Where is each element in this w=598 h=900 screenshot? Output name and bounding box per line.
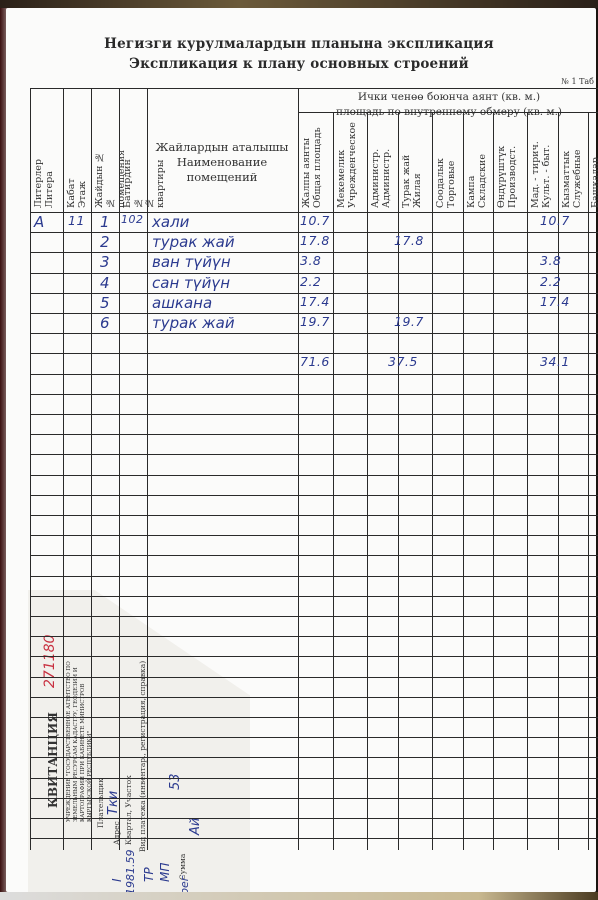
grid-vline <box>91 88 92 850</box>
receipt-block-label: Квартал, Участок <box>124 775 133 845</box>
grid-hline <box>30 838 598 839</box>
grid-hline <box>30 596 598 597</box>
title-russian: Экспликация к плану основных строений <box>0 56 598 72</box>
total-service: 34.1 <box>540 354 570 369</box>
grid-hline <box>30 717 598 718</box>
cell-floor: 11 <box>68 213 85 228</box>
grid-hline <box>30 475 598 476</box>
cell-service: 3.8 <box>540 253 561 268</box>
cell-name: турак жай <box>152 314 235 332</box>
grid-hline <box>30 535 598 536</box>
grid-vline <box>367 112 368 850</box>
header-litera: Литерлер Литера <box>33 150 55 208</box>
table-number: № 1 Таб <box>561 77 594 86</box>
cell-total: 2.2 <box>300 274 321 289</box>
photo-background-bottom <box>0 892 598 900</box>
cell-apt-no: 102 <box>121 213 144 226</box>
grid-vline <box>588 112 589 850</box>
header-total: Жалпы аянты Общая площадь <box>301 118 323 208</box>
header-service: Кызматтык Служебные <box>561 118 583 208</box>
header-other: Башкалар <box>590 118 598 208</box>
cell-room-no: 2 <box>100 233 110 251</box>
cell-room-no: 5 <box>100 294 110 312</box>
header-storage: Кампа Складские <box>466 118 488 208</box>
receipt-margin-note-2: 1981.59 <box>124 850 137 896</box>
grid-hline <box>30 798 598 799</box>
grid-hline <box>30 394 598 395</box>
cell-litera: А <box>34 213 44 231</box>
grid-hline <box>30 515 598 516</box>
grid-vline <box>493 112 494 850</box>
cell-service: 10.7 <box>540 213 570 228</box>
total-total: 71.6 <box>300 354 330 369</box>
header-production: Өндүрүштүк Производст. <box>496 118 518 208</box>
header-admin: Администр. Администр. <box>370 118 392 208</box>
cell-total: 17.8 <box>300 233 330 248</box>
header-area-group: Ички ченөө боюнча аянт (кв. м.) площадь … <box>300 90 598 120</box>
receipt-title: КВИТАНЦИЯ <box>46 712 60 808</box>
header-room-name: Жайлардын аталышы Наименование помещений <box>147 140 297 185</box>
grid-hline <box>30 88 598 89</box>
photo-background-top <box>0 0 598 8</box>
grid-hline <box>30 656 598 657</box>
cell-total: 10.7 <box>300 213 330 228</box>
cell-room-no: 6 <box>100 314 110 332</box>
grid-vline <box>333 112 334 850</box>
grid-hline <box>30 636 598 637</box>
cell-name: турак жай <box>152 233 235 251</box>
cell-total: 17.4 <box>300 294 330 309</box>
cell-service: 17.4 <box>540 294 570 309</box>
receipt-margin-note-3: ТР <box>142 867 156 882</box>
cell-service: 2.2 <box>540 274 561 289</box>
title-kyrgyz: Негизги курулмалардын планына экспликаци… <box>0 36 598 52</box>
header-residential: Турак жай Жилая <box>401 118 423 208</box>
cell-name: ван түйүн <box>152 253 231 271</box>
grid-vline <box>30 88 31 850</box>
cell-name: сан түйүн <box>152 274 230 292</box>
receipt-sum-value: Ай <box>188 818 203 835</box>
grid-hline <box>30 454 598 455</box>
grid-hline <box>30 414 598 415</box>
receipt-payer-label: Плательщик <box>96 778 105 828</box>
grid-hline <box>30 818 598 819</box>
grid-vline <box>298 88 299 850</box>
grid-hline <box>30 778 598 779</box>
header-cultural: Мад. - тирич. Культ. - быт. <box>530 118 552 208</box>
grid-hline <box>298 112 598 113</box>
cell-residential: 19.7 <box>394 314 424 329</box>
cell-residential: 17.8 <box>394 233 424 248</box>
grid-hline <box>30 677 598 678</box>
grid-vline <box>463 112 464 850</box>
header-floor: Кабат Этаж <box>66 150 88 208</box>
grid-hline <box>30 434 598 435</box>
grid-hline <box>30 697 598 698</box>
cell-total: 19.7 <box>300 314 330 329</box>
cell-room-no: 1 <box>100 213 110 231</box>
grid-hline <box>30 333 598 334</box>
cell-name: хали <box>152 213 189 231</box>
grid-vline <box>432 112 433 850</box>
grid-hline <box>30 616 598 617</box>
cell-total: 3.8 <box>300 253 321 268</box>
grid-hline <box>30 757 598 758</box>
grid-vline <box>527 112 528 850</box>
receipt-margin-note-1: I <box>110 878 124 882</box>
grid-hline <box>30 555 598 556</box>
cell-room-no: 3 <box>100 253 110 271</box>
cell-name: ашкана <box>152 294 212 312</box>
cell-room-no: 4 <box>100 274 110 292</box>
receipt-margin-note-4: МП <box>158 863 172 882</box>
grid-vline <box>398 112 399 850</box>
grid-hline <box>30 495 598 496</box>
header-trade: Соодалык Торговые <box>435 118 457 208</box>
grid-hline <box>30 737 598 738</box>
receipt-payment-type-value: 53 <box>168 773 183 790</box>
grid-vline <box>63 88 64 850</box>
receipt-number: 271180 <box>42 635 58 688</box>
grid-hline <box>30 576 598 577</box>
header-apt_no: Батирдин № № квартиры <box>122 150 166 208</box>
total-residential: 37.5 <box>388 354 418 369</box>
header-institutional: Мекемелик Учрежденческое <box>336 118 358 208</box>
grid-hline <box>30 374 598 375</box>
